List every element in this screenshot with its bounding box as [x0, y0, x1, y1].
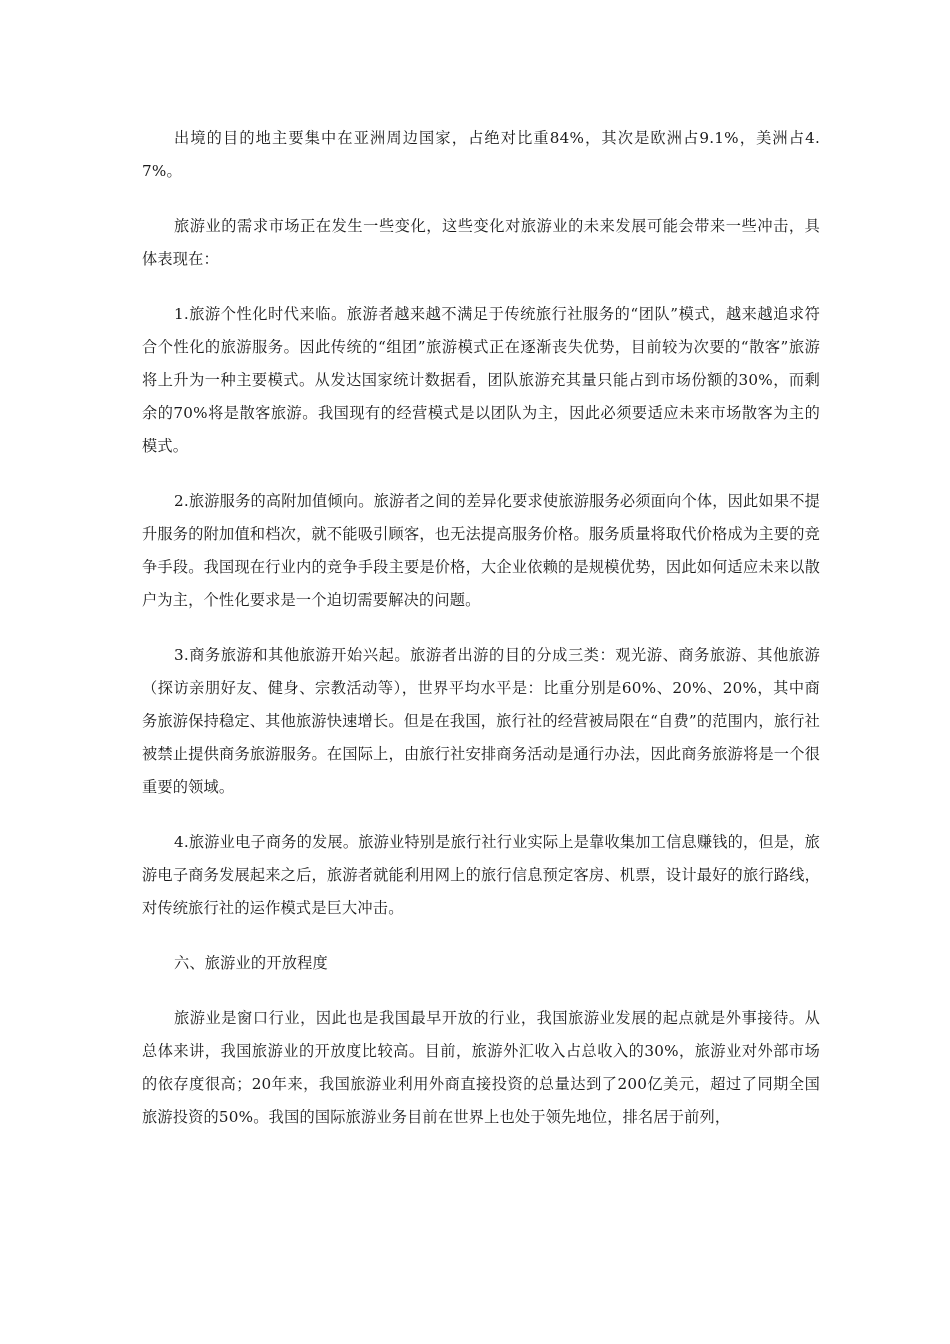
paragraph-outbound-destinations: 出境的目的地主要集中在亚洲周边国家，占绝对比重84%，其次是欧洲占9.1%，美洲…: [142, 122, 820, 188]
paragraph-point-1-personalization: 1.旅游个性化时代来临。旅游者越来越不满足于传统旅行社服务的“团队”模式，越来越…: [142, 298, 820, 463]
section-heading-openness: 六、旅游业的开放程度: [142, 947, 820, 980]
paragraph-demand-market-changes: 旅游业的需求市场正在发生一些变化，这些变化对旅游业的未来发展可能会带来一些冲击，…: [142, 210, 820, 276]
paragraph-point-4-e-commerce: 4.旅游业电子商务的发展。旅游业特别是旅行社行业实际上是靠收集加工信息赚钱的，但…: [142, 826, 820, 925]
document-page: 出境的目的地主要集中在亚洲周边国家，占绝对比重84%，其次是欧洲占9.1%，美洲…: [142, 122, 820, 1156]
paragraph-point-2-value-added: 2.旅游服务的高附加值倾向。旅游者之间的差异化要求使旅游服务必须面向个体，因此如…: [142, 485, 820, 617]
paragraph-openness-details: 旅游业是窗口行业，因此也是我国最早开放的行业，我国旅游业发展的起点就是外事接待。…: [142, 1002, 820, 1134]
paragraph-point-3-business-travel: 3.商务旅游和其他旅游开始兴起。旅游者出游的目的分成三类：观光游、商务旅游、其他…: [142, 639, 820, 804]
